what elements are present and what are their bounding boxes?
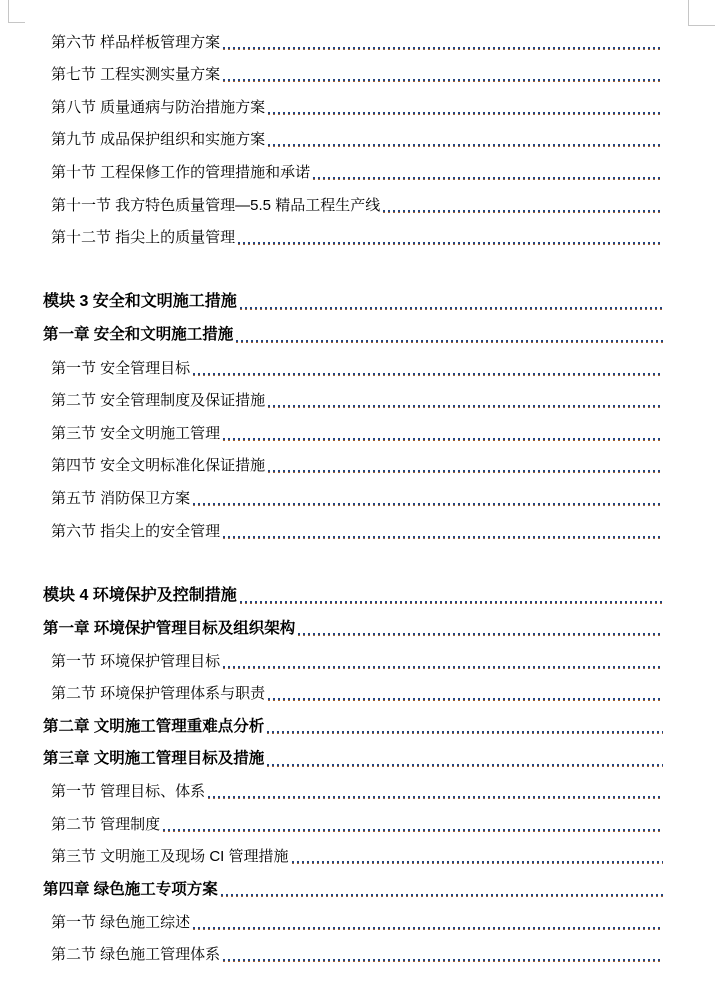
toc-entry-link[interactable]: 第五节 消防保卫方案 xyxy=(51,491,190,516)
dot-leader xyxy=(223,438,663,441)
toc-row: 第一节 环境保护管理目标 xyxy=(0,646,716,679)
toc-entry-link[interactable]: 第一节 绿色施工综述 xyxy=(51,915,190,940)
dot-leader xyxy=(193,373,663,376)
dot-leader xyxy=(240,307,663,310)
document-page: 第六节 样品样板管理方案 第七节 工程实测实量方案 第八节 质量通病与防治措施方… xyxy=(0,0,716,1002)
toc-row: 第二节 环境保护管理体系与职责 xyxy=(0,679,716,712)
dot-leader xyxy=(267,731,663,734)
toc-row: 第二节 安全管理制度及保证措施 xyxy=(0,386,716,419)
toc-row: 第一节 管理目标、体系 xyxy=(0,777,716,810)
dot-leader xyxy=(383,210,663,213)
dot-leader xyxy=(240,601,663,604)
dot-leader xyxy=(268,112,663,115)
toc-row: 第二章 文明施工管理重难点分析 xyxy=(0,711,716,744)
toc-row: 第六节 指尖上的安全管理 xyxy=(0,516,716,549)
toc-row: 第三章 文明施工管理目标及措施 xyxy=(0,744,716,777)
dot-leader xyxy=(292,861,663,864)
toc-entry-link[interactable]: 第二节 环境保护管理体系与职责 xyxy=(51,686,265,711)
toc-entry-link[interactable]: 第一章 环境保护管理目标及组织架构 xyxy=(43,621,295,647)
toc-entry-link[interactable]: 第四章 绿色施工专项方案 xyxy=(43,882,218,908)
toc-row: 第三节 文明施工及现场 CI 管理措施 xyxy=(0,842,716,875)
toc-entry-link[interactable]: 第十节 工程保修工作的管理措施和承诺 xyxy=(51,165,310,190)
toc-entry-link[interactable]: 第一节 管理目标、体系 xyxy=(51,784,205,809)
toc-entry-link[interactable]: 第七节 工程实测实量方案 xyxy=(51,67,220,92)
toc-entry-link[interactable]: 第一节 安全管理目标 xyxy=(51,361,190,386)
toc-entry-link[interactable]: 第二章 文明施工管理重难点分析 xyxy=(43,719,264,745)
dot-leader xyxy=(193,503,663,506)
toc-row: 第七节 工程实测实量方案 xyxy=(0,60,716,93)
toc-entry-link[interactable]: 模块 4 环境保护及控制措施 xyxy=(43,588,237,614)
toc-row: 第十二节 指尖上的质量管理 xyxy=(0,223,716,256)
dot-leader xyxy=(238,242,663,245)
toc-entry-link[interactable]: 第二节 管理制度 xyxy=(51,817,160,842)
toc-row: 第八节 质量通病与防治措施方案 xyxy=(0,92,716,125)
toc-row: 第六节 样品样板管理方案 xyxy=(0,27,716,60)
toc-row: 第二节 绿色施工管理体系 xyxy=(0,940,716,973)
table-of-contents: 第六节 样品样板管理方案 第七节 工程实测实量方案 第八节 质量通病与防治措施方… xyxy=(0,27,716,972)
toc-entry-link[interactable]: 模块 3 安全和文明施工措施 xyxy=(43,294,237,320)
dot-leader xyxy=(208,796,663,799)
dot-leader xyxy=(223,666,663,669)
toc-row: 模块 4 环境保护及控制措施 xyxy=(0,581,716,614)
dot-leader xyxy=(236,340,663,343)
toc-row: 第五节 消防保卫方案 xyxy=(0,483,716,516)
dot-leader xyxy=(268,470,663,473)
toc-entry-link[interactable]: 第九节 成品保护组织和实施方案 xyxy=(51,132,265,157)
toc-entry-link[interactable]: 第六节 样品样板管理方案 xyxy=(51,35,220,60)
toc-row: 第三节 安全文明施工管理 xyxy=(0,418,716,451)
toc-entry-link[interactable]: 第一章 安全和文明施工措施 xyxy=(43,327,233,353)
dot-leader xyxy=(223,959,663,962)
toc-row: 第四章 绿色施工专项方案 xyxy=(0,874,716,907)
dot-leader xyxy=(223,79,663,82)
toc-row: 第一章 安全和文明施工措施 xyxy=(0,320,716,353)
dot-leader xyxy=(221,894,663,897)
toc-entry-link[interactable]: 第二节 安全管理制度及保证措施 xyxy=(51,393,265,418)
toc-entry-link[interactable]: 第十一节 我方特色质量管理—5.5 精品工程生产线 xyxy=(51,198,380,223)
dot-leader xyxy=(223,536,663,539)
toc-blank-line xyxy=(0,549,716,582)
toc-row: 模块 3 安全和文明施工措施 xyxy=(0,288,716,321)
toc-row: 第十节 工程保修工作的管理措施和承诺 xyxy=(0,157,716,190)
page-margin-mark-top-right xyxy=(688,0,715,26)
toc-row: 第一节 安全管理目标 xyxy=(0,353,716,386)
dot-leader xyxy=(267,764,663,767)
toc-blank-line xyxy=(0,255,716,288)
toc-entry-link[interactable]: 第三节 文明施工及现场 CI 管理措施 xyxy=(51,849,289,874)
dot-leader xyxy=(193,927,663,930)
toc-row: 第一章 环境保护管理目标及组织架构 xyxy=(0,614,716,647)
toc-entry-link[interactable]: 第六节 指尖上的安全管理 xyxy=(51,524,220,549)
toc-entry-link[interactable]: 第三节 安全文明施工管理 xyxy=(51,426,220,451)
toc-row: 第二节 管理制度 xyxy=(0,809,716,842)
toc-entry-link[interactable]: 第四节 安全文明标准化保证措施 xyxy=(51,458,265,483)
toc-entry-link[interactable]: 第一节 环境保护管理目标 xyxy=(51,654,220,679)
toc-row: 第九节 成品保护组织和实施方案 xyxy=(0,125,716,158)
dot-leader xyxy=(313,177,663,180)
toc-entry-link[interactable]: 第三章 文明施工管理目标及措施 xyxy=(43,751,264,777)
toc-row: 第四节 安全文明标准化保证措施 xyxy=(0,451,716,484)
dot-leader xyxy=(298,633,663,636)
toc-entry-link[interactable]: 第二节 绿色施工管理体系 xyxy=(51,947,220,972)
toc-entry-link[interactable]: 第八节 质量通病与防治措施方案 xyxy=(51,100,265,125)
dot-leader xyxy=(223,47,663,50)
dot-leader xyxy=(268,405,663,408)
page-margin-mark-top-left xyxy=(8,0,25,23)
dot-leader xyxy=(163,829,663,832)
toc-row: 第十一节 我方特色质量管理—5.5 精品工程生产线 xyxy=(0,190,716,223)
toc-row: 第一节 绿色施工综述 xyxy=(0,907,716,940)
dot-leader xyxy=(268,144,663,147)
toc-entry-link[interactable]: 第十二节 指尖上的质量管理 xyxy=(51,230,235,255)
dot-leader xyxy=(268,698,663,701)
